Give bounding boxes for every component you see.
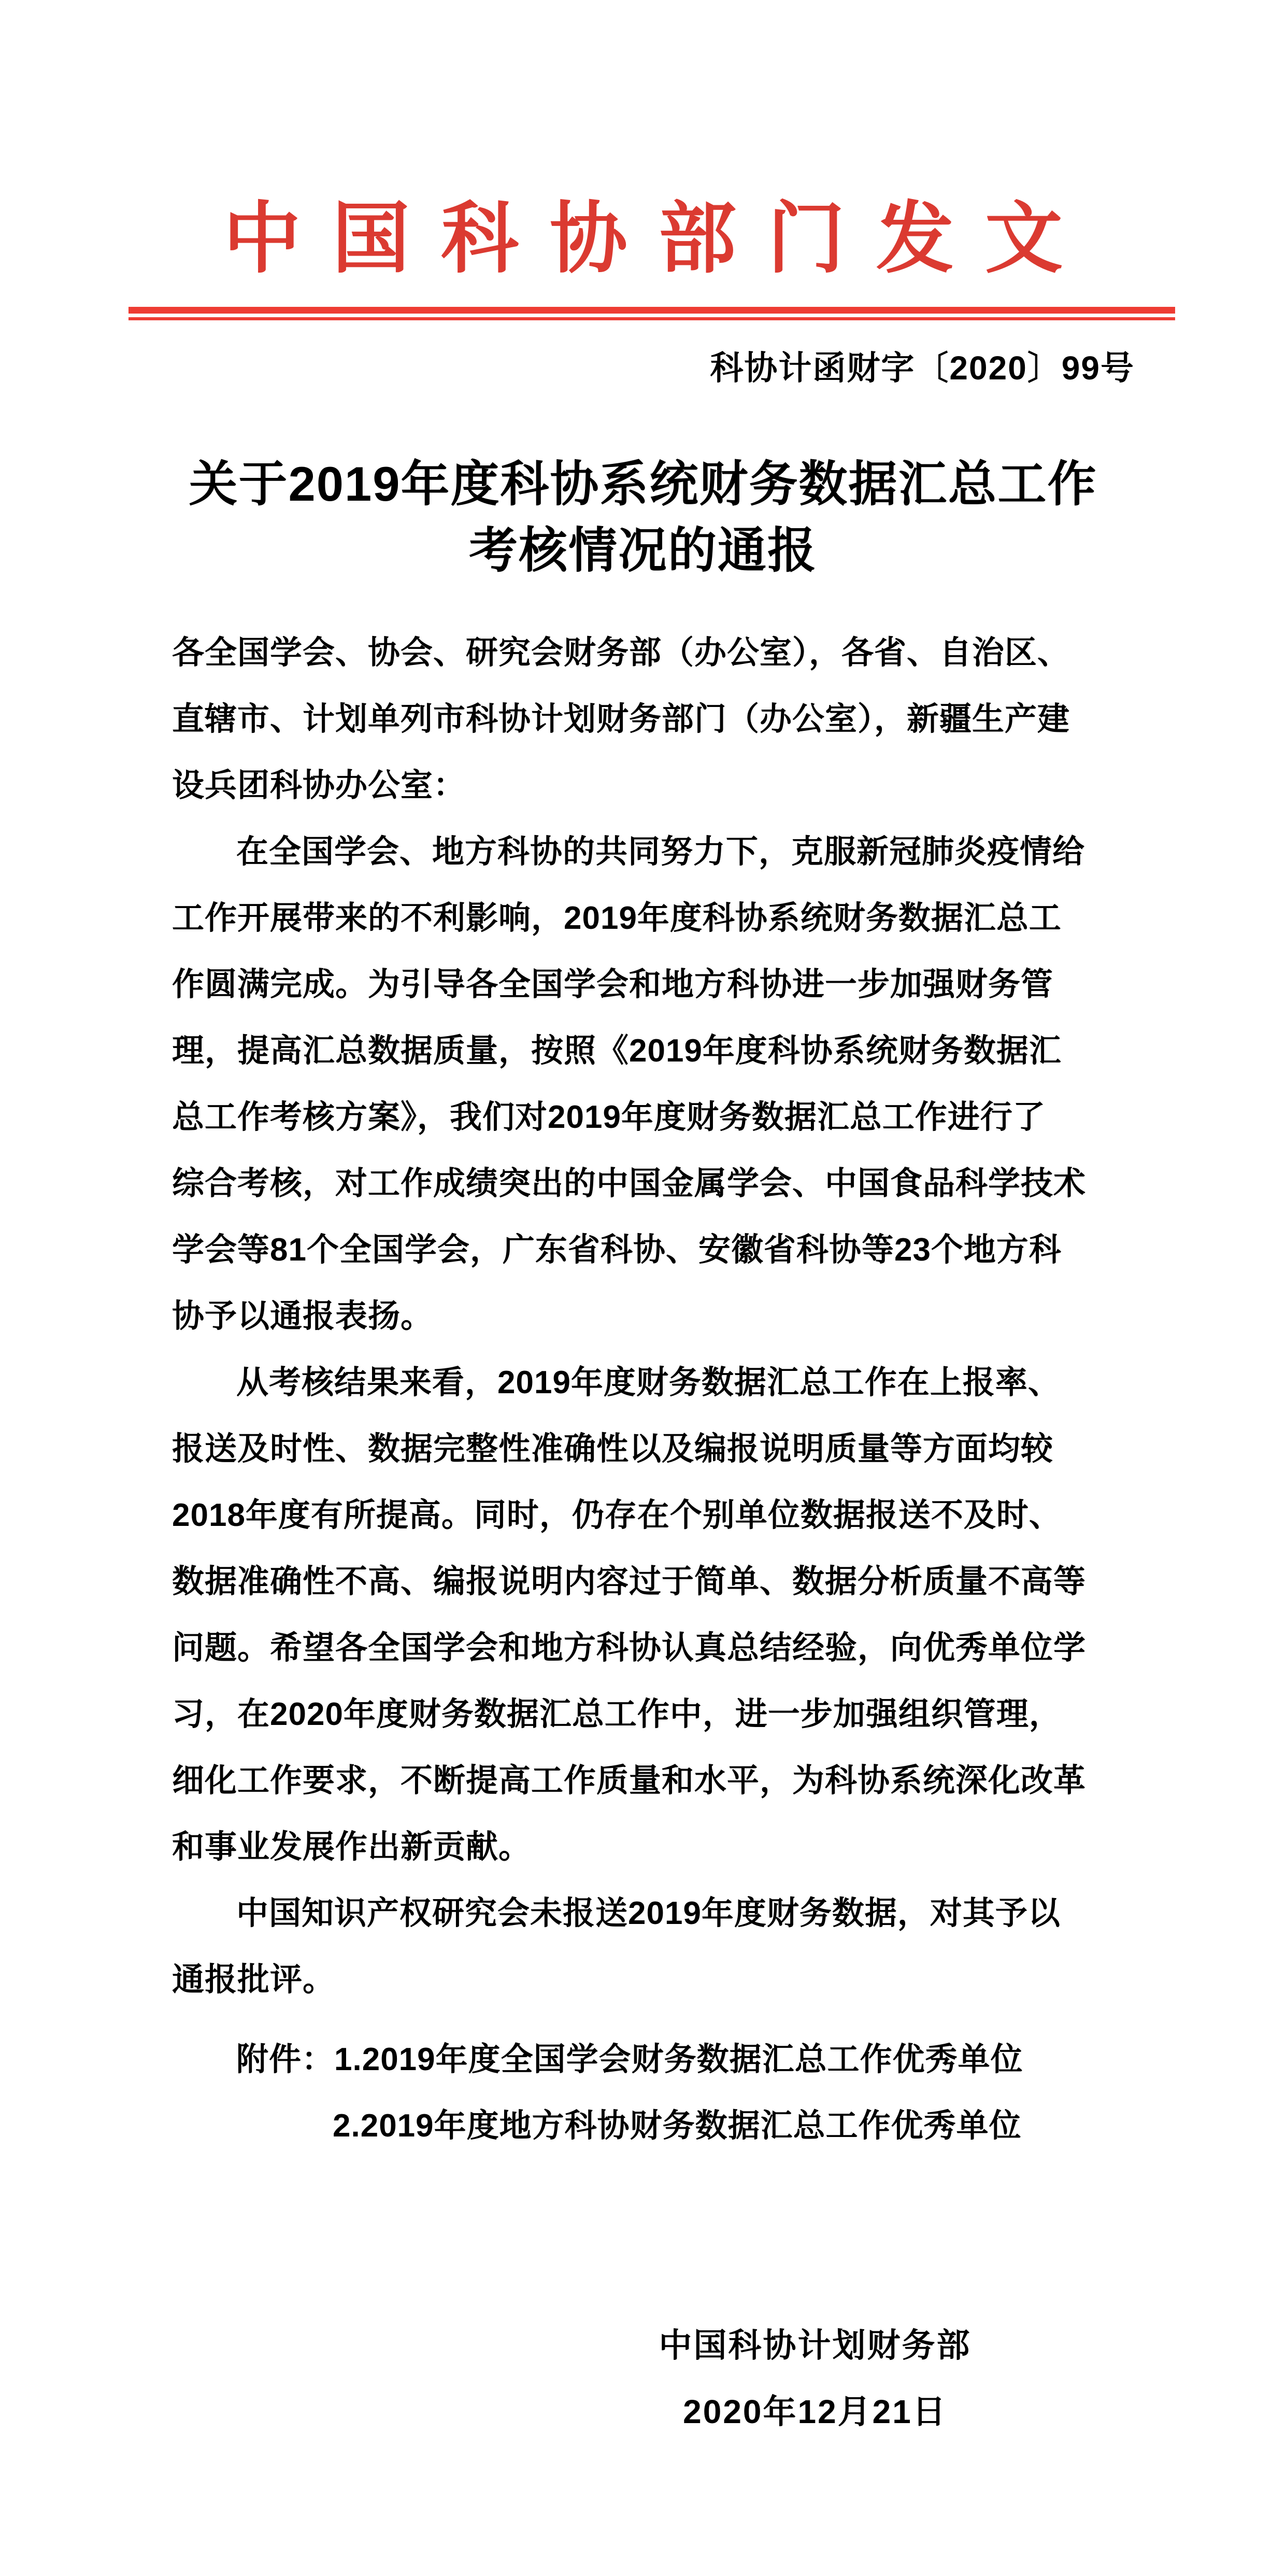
salutation-line: 各全国学会、协会、研究会财务部（办公室），各省、自治区、 — [172, 620, 1136, 686]
paragraph-line: 通报批评。 — [172, 1947, 1136, 2013]
red-separator-line — [128, 307, 1175, 320]
paragraph-line: 2018年度有所提高。同时，仍存在个别单位数据报送不及时、 — [172, 1482, 1136, 1549]
paragraph-line: 工作开展带来的不利影响，2019年度科协系统财务数据汇总工 — [172, 885, 1136, 952]
document-title-line-2: 考核情况的通报 — [0, 517, 1286, 584]
paragraph-line: 协予以通报表扬。 — [172, 1283, 1136, 1350]
attachments-list: 附件：1.2019年度全国学会财务数据汇总工作优秀单位 2.2019年度地方科协… — [172, 2027, 1136, 2159]
salutation-line: 设兵团科协办公室： — [172, 753, 1136, 819]
document-title-line-1: 关于2019年度科协系统财务数据汇总工作 — [0, 451, 1286, 517]
paragraph-line: 习，在2020年度财务数据汇总工作中，进一步加强组织管理， — [172, 1681, 1136, 1748]
paragraph-line: 报送及时性、数据完整性准确性以及编报说明质量等方面均较 — [172, 1416, 1136, 1482]
salutation-line: 直辖市、计划单列市科协计划财务部门（办公室），新疆生产建 — [172, 686, 1136, 753]
document-title: 关于2019年度科协系统财务数据汇总工作 考核情况的通报 — [0, 451, 1286, 584]
signature-block: 中国科协计划财务部 2020年12月21日 — [0, 2312, 1286, 2445]
paragraph-line: 综合考核，对工作成绩突出的中国金属学会、中国食品科学技术 — [172, 1151, 1136, 1217]
paragraph-line: 数据准确性不高、编报说明内容过于简单、数据分析质量不高等 — [172, 1549, 1136, 1615]
attachment-item-2: 2.2019年度地方科协财务数据汇总工作优秀单位 — [172, 2093, 1136, 2159]
paragraph-line: 理，提高汇总数据质量，按照《2019年度科协系统财务数据汇 — [172, 1018, 1136, 1084]
paragraph-line: 总工作考核方案》，我们对2019年度财务数据汇总工作进行了 — [172, 1084, 1136, 1151]
paragraph-line: 中国知识产权研究会未报送2019年度财务数据，对其予以 — [172, 1880, 1136, 1947]
paragraph-line: 和事业发展作出新贡献。 — [172, 1814, 1136, 1880]
paragraph-line: 问题。希望各全国学会和地方科协认真总结经验，向优秀单位学 — [172, 1615, 1136, 1681]
attachment-item-1: 附件：1.2019年度全国学会财务数据汇总工作优秀单位 — [172, 2027, 1136, 2093]
document-number: 科协计函财字〔2020〕99号 — [0, 351, 1286, 385]
document-body: 各全国学会、协会、研究会财务部（办公室），各省、自治区、 直辖市、计划单列市科协… — [172, 620, 1136, 2159]
paragraph-line: 细化工作要求，不断提高工作质量和水平，为科协系统深化改革 — [172, 1748, 1136, 1814]
document-page: 中国科协部门发文 科协计函财字〔2020〕99号 关于2019年度科协系统财务数… — [0, 0, 1286, 2576]
paragraph-line: 学会等81个全国学会，广东省科协、安徽省科协等23个地方科 — [172, 1217, 1136, 1283]
signature-date: 2020年12月21日 — [344, 2379, 1286, 2445]
signature-issuer: 中国科协计划财务部 — [344, 2312, 1286, 2379]
paragraph-line: 从考核结果来看，2019年度财务数据汇总工作在上报率、 — [172, 1350, 1136, 1416]
red-banner-title: 中国科协部门发文 — [0, 0, 1286, 277]
paragraph-line: 在全国学会、地方科协的共同努力下，克服新冠肺炎疫情给 — [172, 819, 1136, 885]
paragraph-line: 作圆满完成。为引导各全国学会和地方科协进一步加强财务管 — [172, 952, 1136, 1018]
